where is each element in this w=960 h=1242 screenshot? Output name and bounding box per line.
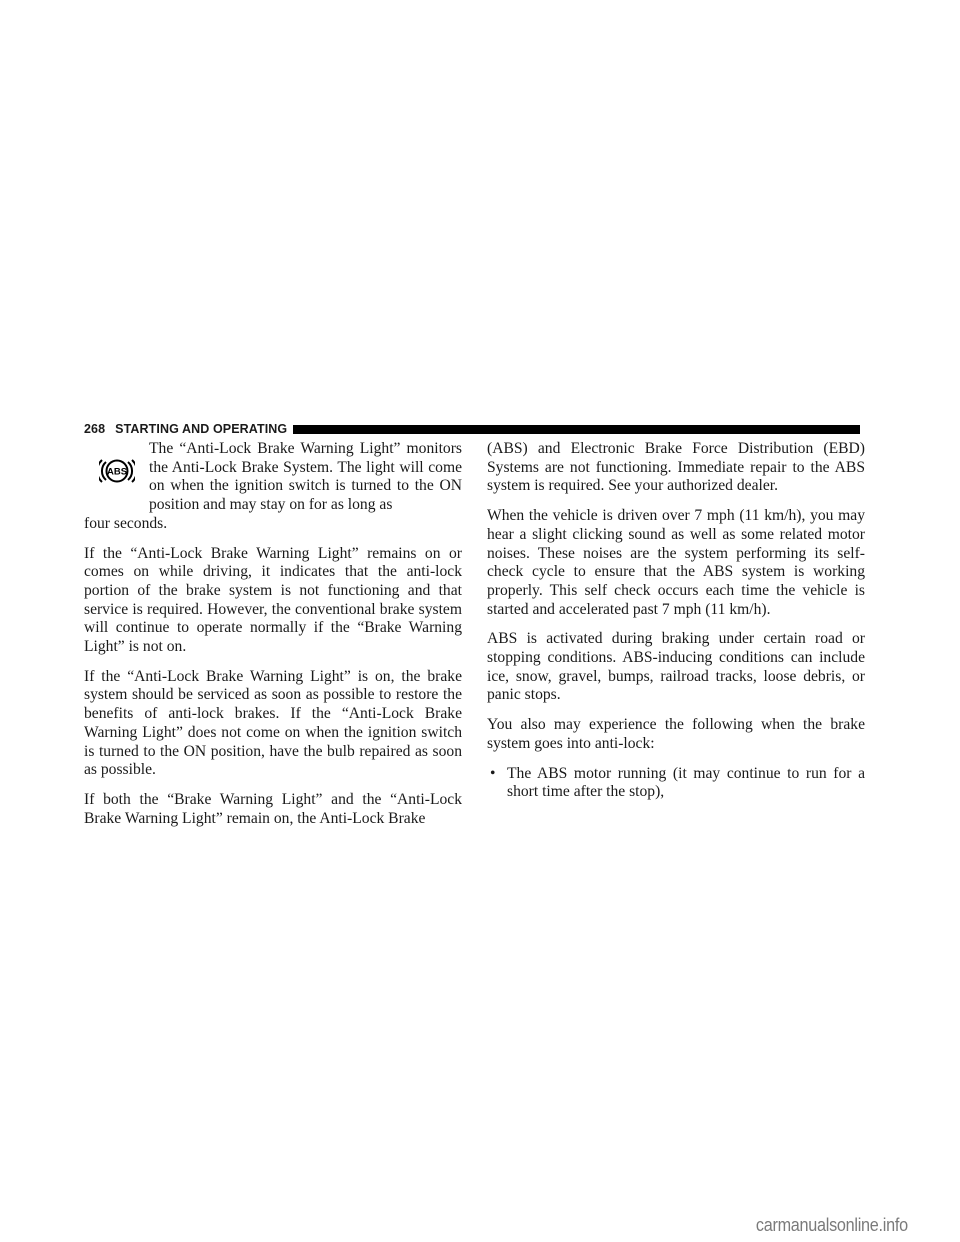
right-column: (ABS) and Electronic Brake Force Distrib… (487, 440, 865, 813)
paragraph: If the “Anti-Lock Brake Warning Light” i… (84, 668, 462, 780)
intro-paragraph-tail: four seconds. (84, 515, 462, 534)
intro-block: ABS The “Anti-Lock Brake Warning Light” … (84, 440, 462, 534)
header-rule (293, 425, 860, 434)
page-number: 268 (84, 422, 105, 436)
intro-paragraph: The “Anti-Lock Brake Warning Light” moni… (149, 440, 462, 515)
paragraph: If the “Anti-Lock Brake Warning Light” r… (84, 545, 462, 657)
svg-text:ABS: ABS (107, 467, 127, 478)
watermark: carmanualsonline.info (756, 1215, 908, 1236)
left-column: ABS The “Anti-Lock Brake Warning Light” … (84, 440, 462, 839)
paragraph: If both the “Brake Warning Light” and th… (84, 791, 462, 828)
abs-warning-light-icon: ABS (99, 459, 135, 483)
paragraph: When the vehicle is driven over 7 mph (1… (487, 507, 865, 619)
page-header: 268 STARTING AND OPERATING (84, 422, 860, 436)
paragraph: ABS is activated during braking under ce… (487, 630, 865, 705)
section-title: STARTING AND OPERATING (115, 422, 287, 436)
paragraph: (ABS) and Electronic Brake Force Distrib… (487, 440, 865, 496)
paragraph: You also may experience the following wh… (487, 716, 865, 753)
bullet-item: The ABS motor running (it may continue t… (487, 765, 865, 802)
